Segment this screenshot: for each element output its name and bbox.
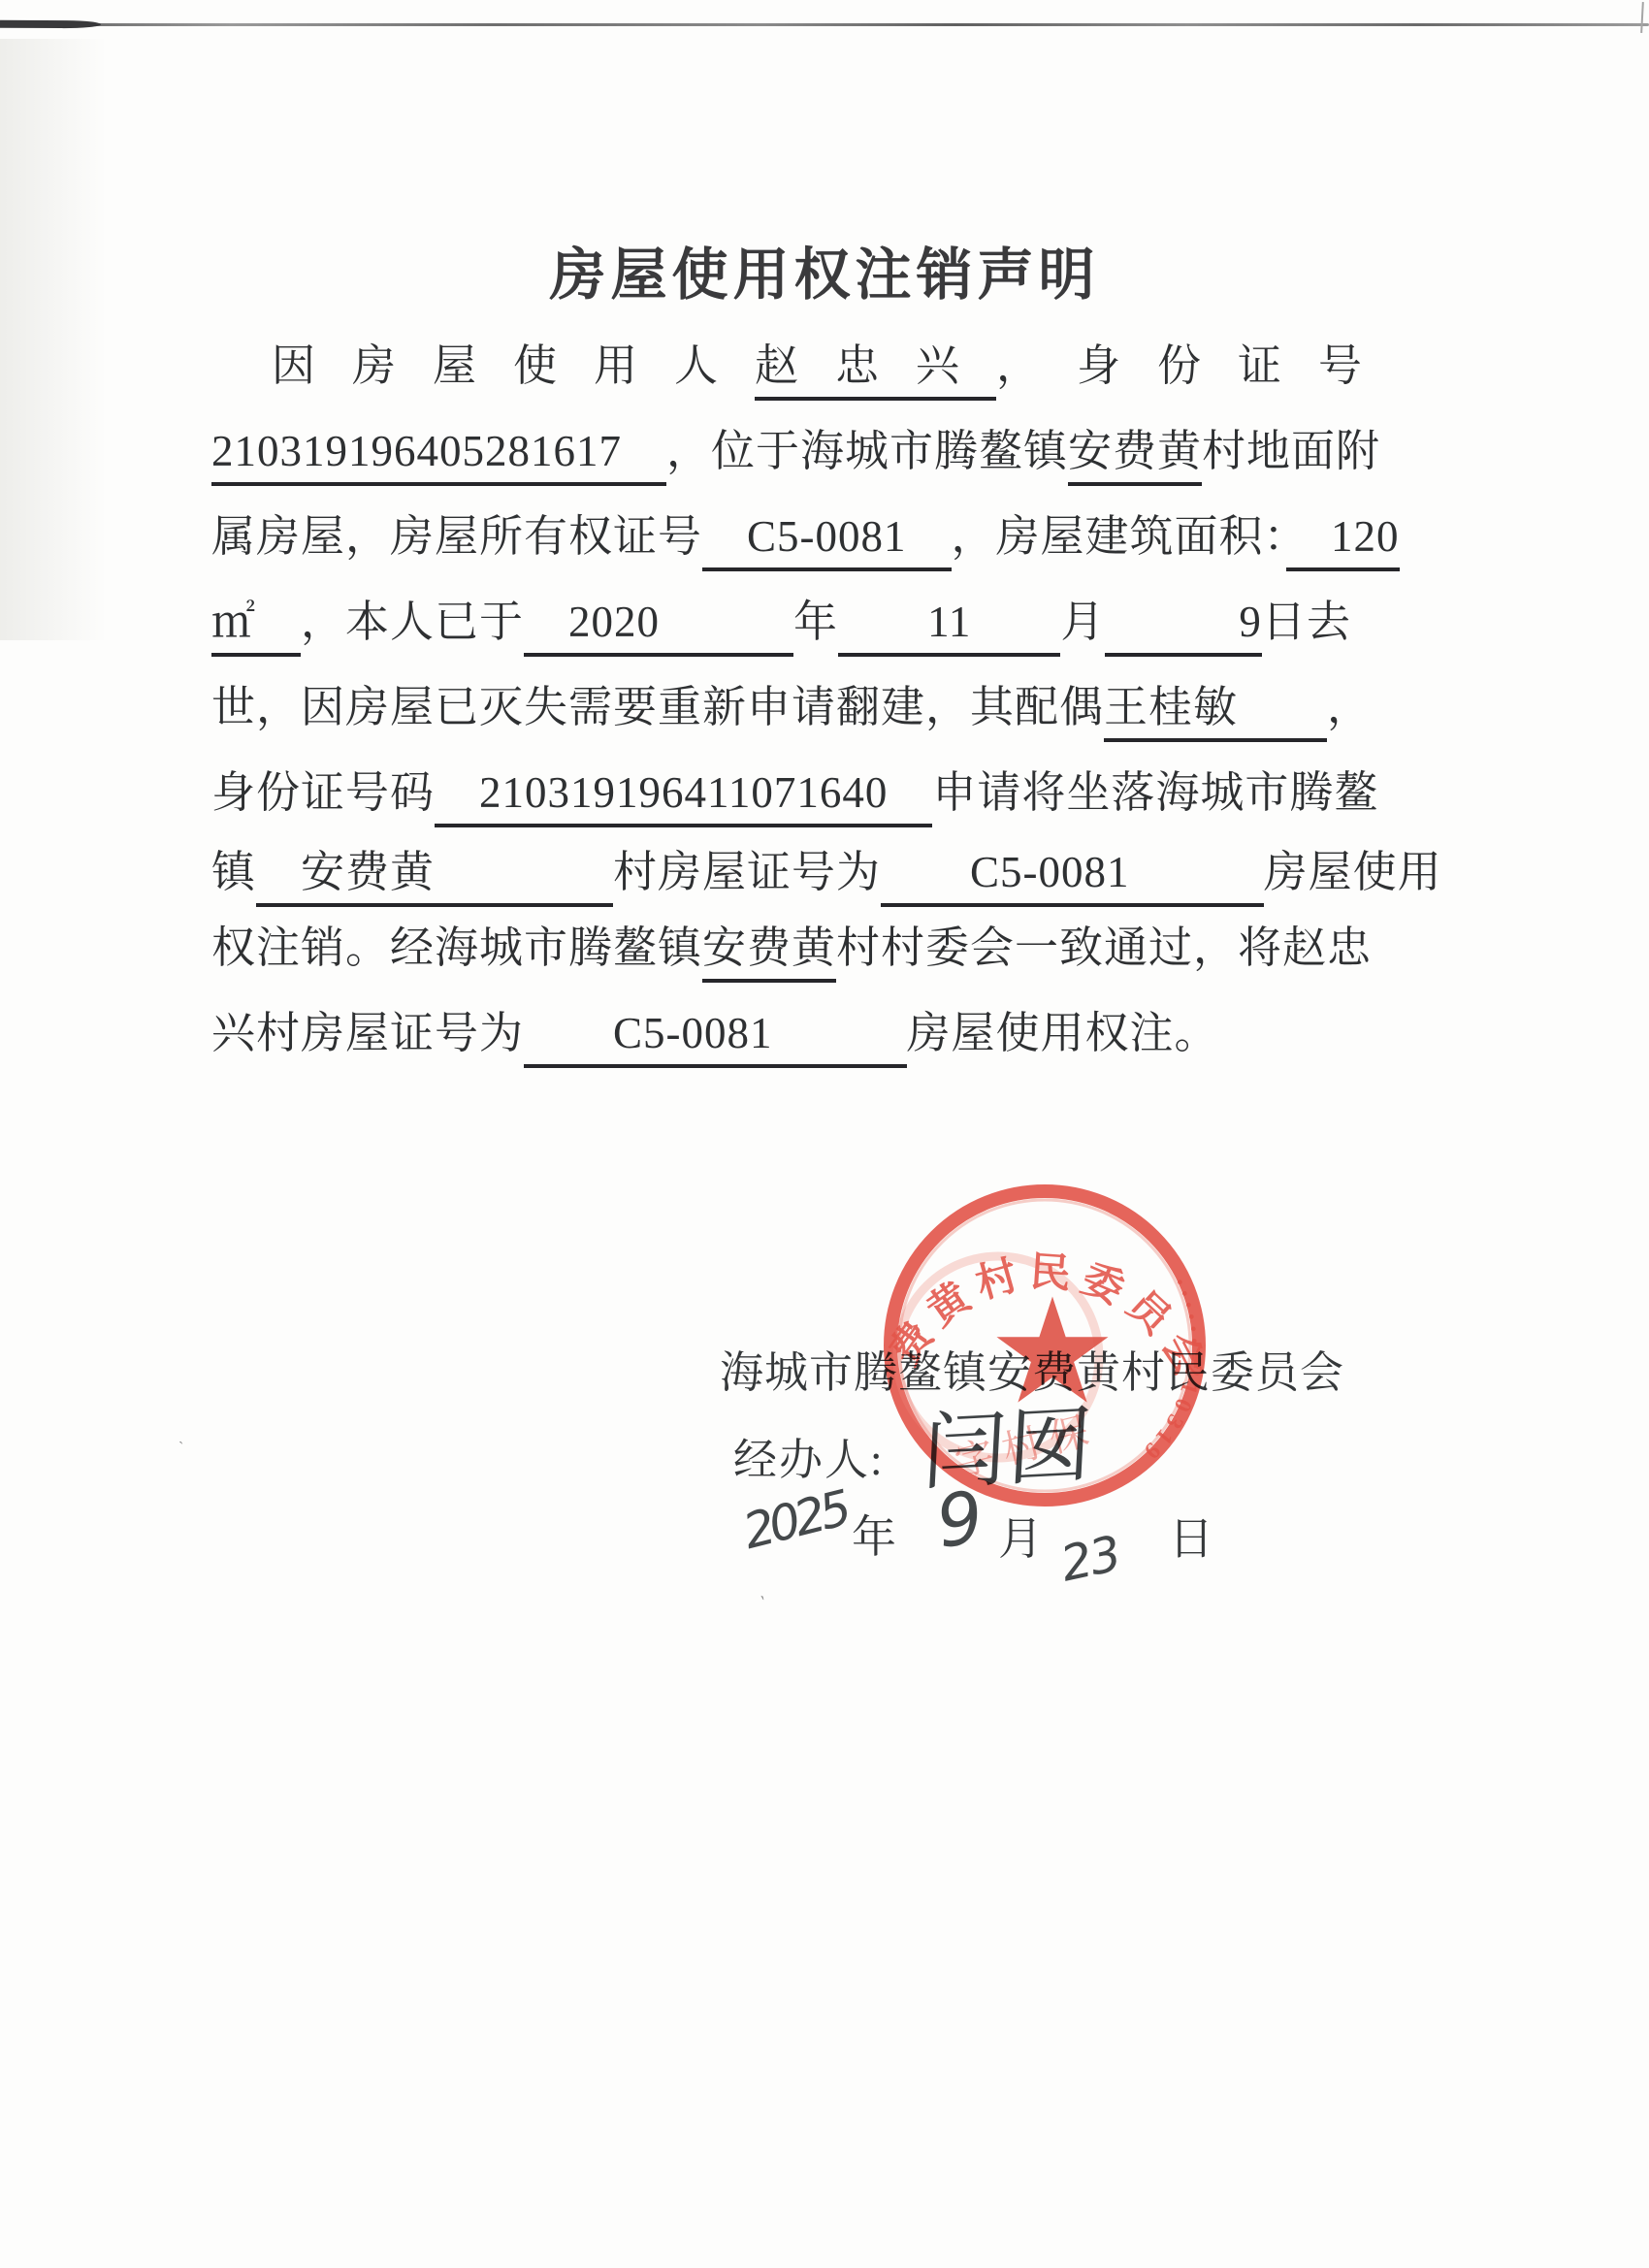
body-line: 镇 安费黄 村房屋证号为 C5-0081 房屋使用 xyxy=(211,848,1442,898)
field-id-number: 210319196405281617 xyxy=(211,427,666,486)
field-death-month: 11 xyxy=(838,598,1060,657)
text-segment: 房屋使用权注。 xyxy=(907,1009,1219,1057)
document-title: 房屋使用权注销声明 xyxy=(0,229,1649,310)
field-spouse-id-number: 210319196411071640 xyxy=(435,768,932,827)
field-cert-number-3: C5-0081 xyxy=(524,1009,907,1068)
body-line: ㎡ ，本人已于 2020 年 11 月 9日去 xyxy=(211,598,1351,648)
scanned-document-page: ` ` 房屋使用权注销声明 因房屋使用人赵忠兴，身份证号 21031919640… xyxy=(0,0,1649,2268)
text-segment: 月 xyxy=(1060,598,1105,646)
text-segment: 申请将坐落海城市腾鳌 xyxy=(932,768,1378,817)
text-segment: ，房屋建筑面积： xyxy=(952,512,1287,561)
text-segment: 年 xyxy=(793,598,838,646)
text-segment: 身份证号码 xyxy=(211,768,435,817)
text-segment: ，位于海城市腾鳌镇 xyxy=(666,427,1068,475)
scan-edge-mark xyxy=(1640,2,1644,33)
text-segment: 日去 xyxy=(1262,598,1351,646)
text-segment: 因房屋使用人 xyxy=(272,341,755,390)
field-village-name-2: 安费黄 xyxy=(256,848,613,907)
field-area-unit: ㎡ xyxy=(211,598,301,657)
body-line: 210319196405281617 ，位于海城市腾鳌镇安费黄村地面附 xyxy=(211,427,1380,477)
text-segment: 世，因房屋已灭失需要重新申请翻建，其配偶 xyxy=(211,683,1104,731)
body-line: 身份证号码 210319196411071640 申请将坐落海城市腾鳌 xyxy=(211,768,1378,819)
operator-label: 经办人: xyxy=(733,1424,885,1487)
body-line: 权注销。经海城市腾鳌镇安费黄村村委会一致通过，将赵忠 xyxy=(211,923,1372,974)
field-user-name: 赵忠兴 xyxy=(755,341,996,401)
field-cert-number: C5-0081 xyxy=(702,512,952,571)
text-segment: 属房屋，房屋所有权证号 xyxy=(211,512,702,561)
scan-line-dark-cap xyxy=(0,20,101,29)
scan-line-artifact xyxy=(0,23,1649,26)
field-death-year: 2020 xyxy=(524,598,793,657)
body-line: 因房屋使用人赵忠兴，身份证号 xyxy=(272,341,1399,392)
text-segment: ，本人已于 xyxy=(301,598,524,646)
ink-speck: ` xyxy=(753,1593,767,1616)
ink-speck: ` xyxy=(178,1440,183,1457)
paper-shading xyxy=(0,39,107,640)
body-line: 属房屋，房屋所有权证号 C5-0081 ，房屋建筑面积： 120 xyxy=(211,512,1400,563)
text-segment: 村村委会一致通过，将赵忠 xyxy=(836,923,1372,972)
text-segment: ，身份证号 xyxy=(996,341,1399,390)
field-area-value: 120 xyxy=(1286,512,1400,571)
field-cert-number-2: C5-0081 xyxy=(881,848,1264,907)
text-segment: 兴村房屋证号为 xyxy=(211,1009,524,1057)
field-spouse-name: 王桂敏 xyxy=(1104,683,1327,742)
text-segment: 房屋使用 xyxy=(1264,848,1442,896)
field-death-day: 9 xyxy=(1105,598,1262,657)
field-village-name-3: 安费黄 xyxy=(702,923,836,983)
text-segment: 镇 xyxy=(211,848,256,896)
date-day-handwritten: 23 xyxy=(1056,1525,1124,1592)
body-line: 兴村房屋证号为 C5-0081 房屋使用权注。 xyxy=(211,1009,1219,1059)
text-segment: 权注销。经海城市腾鳌镇 xyxy=(211,923,702,972)
body-line: 世，因房屋已灭失需要重新申请翻建，其配偶王桂敏 ， xyxy=(211,683,1372,733)
date-year-handwritten: 2025 xyxy=(738,1480,853,1560)
text-segment: ， xyxy=(1327,683,1372,731)
text-segment: 村房屋证号为 xyxy=(613,848,881,896)
field-village-name: 安费黄 xyxy=(1068,427,1202,486)
text-segment: 村地面附 xyxy=(1202,427,1380,475)
